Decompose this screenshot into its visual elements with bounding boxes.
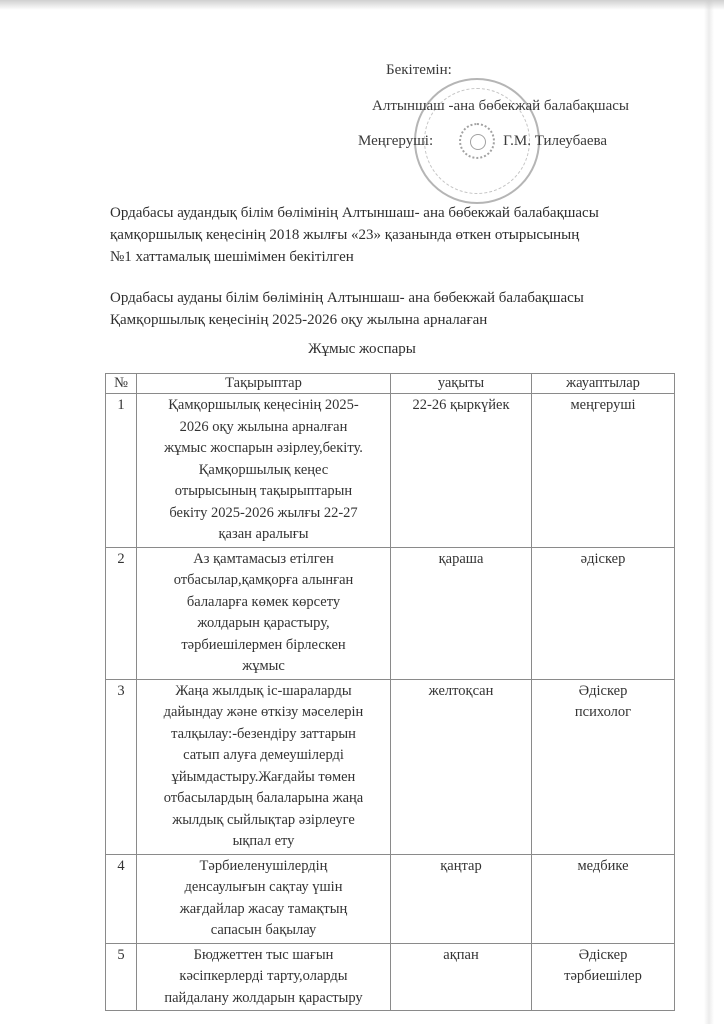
table-row: 3 Жаңа жылдық іс-шараларды дайындау және… [106, 679, 675, 854]
topic-line: отырысының тақырыптарын [140, 481, 387, 503]
responsible-line: психолог [535, 702, 671, 724]
approval-position: Меңгеруші: [358, 133, 433, 149]
approval-name: Г.М. Тилеубаева [503, 133, 607, 149]
responsible-line: Әдіскер [535, 681, 671, 703]
topic-line: сапасын бақылау [140, 920, 387, 942]
header-time: уақыты [391, 374, 532, 394]
topic-line: Тәрбиеленушілердің [140, 856, 387, 878]
topic-line: жолдарын қарастыру, [140, 613, 387, 635]
row-topic: Аз қамтамасыз етілген отбасылар,қамқорға… [137, 547, 391, 679]
topic-line: жағдайлар жасау тамақтың [140, 899, 387, 921]
row-num: 1 [106, 394, 137, 548]
topic-line: Бюджеттен тыс шағын [140, 945, 387, 967]
table-row: 5 Бюджеттен тыс шағын кәсіпкерлерді тарт… [106, 943, 675, 1011]
topic-line: денсаулығын сақтау үшін [140, 877, 387, 899]
row-num: 4 [106, 854, 137, 943]
topic-line: жұмыс жоспарын әзірлеу,бекіту. [140, 438, 387, 460]
topic-line: Жаңа жылдық іс-шараларды [140, 681, 387, 703]
row-topic: Тәрбиеленушілердің денсаулығын сақтау үш… [137, 854, 391, 943]
row-time: ақпан [391, 943, 532, 1011]
work-plan-table: № Тақырыптар уақыты жауаптылар 1 Қамқорш… [105, 373, 675, 1011]
topic-line: Аз қамтамасыз етілген [140, 549, 387, 571]
row-time: қаңтар [391, 854, 532, 943]
scan-edge-right [704, 0, 714, 1024]
topic-line: 2026 оқу жылына арналған [140, 417, 387, 439]
table-row: 1 Қамқоршылық кеңесінің 2025- 2026 оқу ж… [106, 394, 675, 548]
header-responsible: жауаптылар [532, 374, 675, 394]
subtitle-paragraph: Ордабасы ауданы білім бөлімінің Алтыншаш… [110, 287, 584, 331]
subtitle-line: Ордабасы ауданы білім бөлімінің Алтыншаш… [110, 287, 584, 309]
topic-line: балаларға көмек көрсету [140, 592, 387, 614]
responsible-line: медбике [535, 856, 671, 878]
topic-line: жылдық сыйлықтар әзірлеуге [140, 810, 387, 832]
topic-line: талқылау:-безендіру заттарын [140, 724, 387, 746]
row-responsible: медбике [532, 854, 675, 943]
approval-organization: Алтыншаш -ана бөбекжай балабақшасы [372, 98, 629, 115]
intro-line: Ордабасы аудандық білім бөлімінің Алтынш… [110, 202, 599, 224]
row-responsible: Әдіскер тәрбиешілер [532, 943, 675, 1011]
row-responsible: әдіскер [532, 547, 675, 679]
topic-line: сатып алуға демеушілерді [140, 745, 387, 767]
row-topic: Бюджеттен тыс шағын кәсіпкерлерді тарту,… [137, 943, 391, 1011]
row-responsible: Әдіскер психолог [532, 679, 675, 854]
intro-line: қамқоршылық кеңесінің 2018 жылғы «23» қа… [110, 224, 599, 246]
row-time: 22-26 қыркүйек [391, 394, 532, 548]
responsible-line: меңгеруші [535, 395, 671, 417]
row-topic: Жаңа жылдық іс-шараларды дайындау және ө… [137, 679, 391, 854]
table-row: 4 Тәрбиеленушілердің денсаулығын сақтау … [106, 854, 675, 943]
approval-signatory: Меңгеруші:Г.М. Тилеубаева [358, 133, 607, 150]
topic-line: тәрбиешілермен бірлескен [140, 635, 387, 657]
row-num: 5 [106, 943, 137, 1011]
header-topic: Тақырыптар [137, 374, 391, 394]
responsible-line: әдіскер [535, 549, 671, 571]
document-title: Жұмыс жоспары [0, 341, 724, 358]
row-time: желтоқсан [391, 679, 532, 854]
scan-edge-top [0, 0, 724, 10]
responsible-line: тәрбиешілер [535, 966, 671, 988]
subtitle-line: Қамқоршылық кеңесінің 2025-2026 оқу жылы… [110, 309, 584, 331]
topic-line: дайындау және өткізу мәселерін [140, 702, 387, 724]
approval-title: Бекітемін: [386, 62, 452, 79]
topic-line: Қамқоршылық кеңес [140, 460, 387, 482]
table-header-row: № Тақырыптар уақыты жауаптылар [106, 374, 675, 394]
topic-line: отбасылар,қамқорға алынған [140, 570, 387, 592]
topic-line: ұйымдастыру.Жағдайы төмен [140, 767, 387, 789]
row-time: қараша [391, 547, 532, 679]
topic-line: отбасылардың балаларына жаңа [140, 788, 387, 810]
responsible-line: Әдіскер [535, 945, 671, 967]
row-responsible: меңгеруші [532, 394, 675, 548]
row-num: 2 [106, 547, 137, 679]
topic-line: Қамқоршылық кеңесінің 2025- [140, 395, 387, 417]
table-row: 2 Аз қамтамасыз етілген отбасылар,қамқор… [106, 547, 675, 679]
topic-line: ықпал ету [140, 831, 387, 853]
intro-line: №1 хаттамалық шешімімен бекітілген [110, 246, 599, 268]
header-num: № [106, 374, 137, 394]
topic-line: қазан аралығы [140, 524, 387, 546]
intro-paragraph: Ордабасы аудандық білім бөлімінің Алтынш… [110, 202, 599, 268]
topic-line: бекіту 2025-2026 жылғы 22-27 [140, 503, 387, 525]
row-num: 3 [106, 679, 137, 854]
topic-line: жұмыс [140, 656, 387, 678]
row-topic: Қамқоршылық кеңесінің 2025- 2026 оқу жыл… [137, 394, 391, 548]
topic-line: кәсіпкерлерді тарту,оларды [140, 966, 387, 988]
topic-line: пайдалану жолдарын қарастыру [140, 988, 387, 1010]
